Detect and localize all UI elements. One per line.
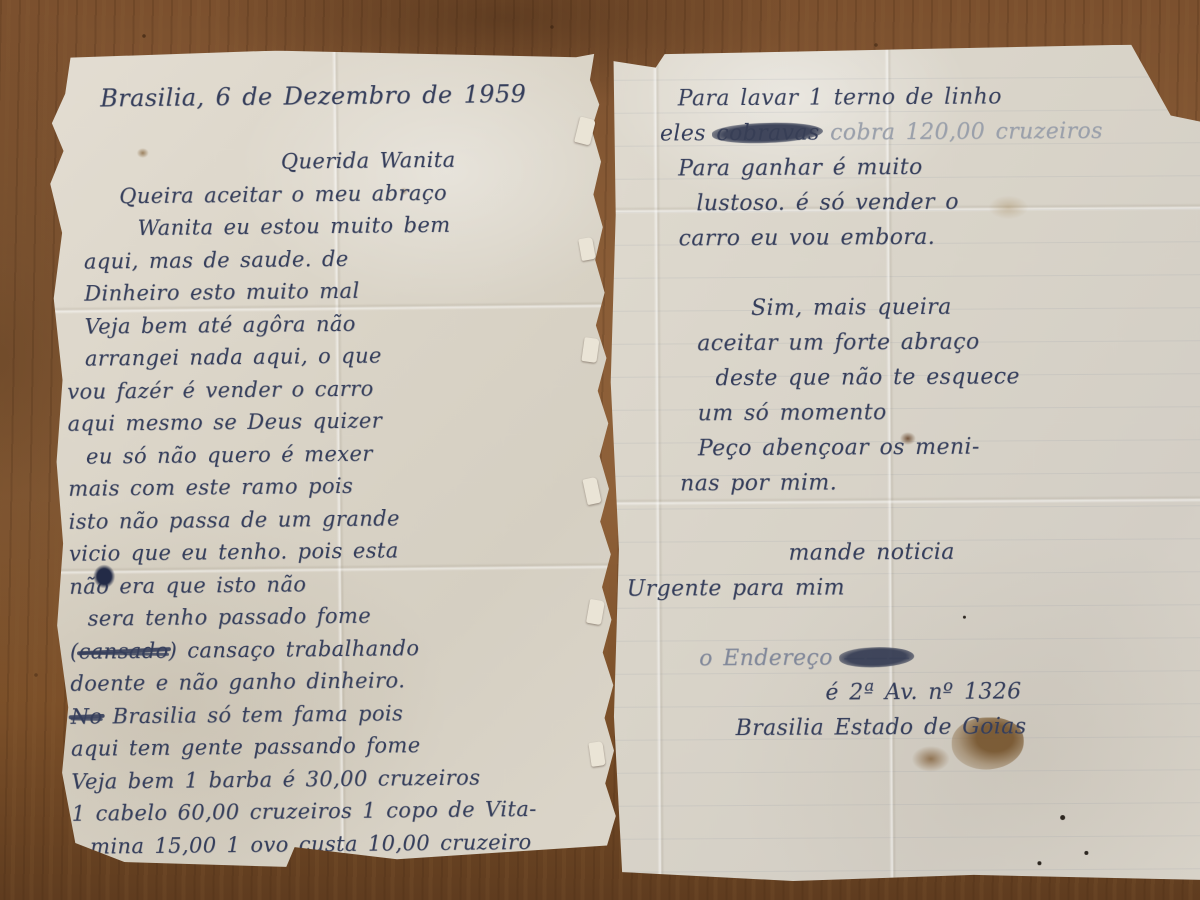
- letter-line: o Endereço ———: [627, 638, 1200, 677]
- letter-line: Brasilia, 6 de Dezembro de 1959: [64, 77, 606, 115]
- letter-line: eles cobravas cobra 120,00 cruzeiros: [624, 113, 1200, 152]
- paper-speck: [1037, 861, 1041, 865]
- letter-text-right: Para lavar 1 terno de linhoeles cobravas…: [607, 44, 1200, 747]
- scribbled-out-text: ———: [843, 645, 910, 670]
- letter-line: lustoso. é só vender o: [624, 183, 1200, 222]
- letter-line: mande noticia: [626, 533, 1200, 572]
- scribbled-out-text: cobravas: [716, 121, 819, 147]
- letter-line: Brasilia Estado de Goias: [628, 708, 1200, 747]
- letter-line: Para lavar 1 terno de linho: [624, 78, 1200, 117]
- letter-line: [627, 603, 1200, 642]
- letter-line: [625, 253, 1200, 292]
- letter-page-right: Para lavar 1 terno de linhoeles cobravas…: [607, 44, 1200, 884]
- letter-text-left: Brasilia, 6 de Dezembro de 1959Querida W…: [48, 47, 624, 863]
- letter-line: aceitar um forte abraço: [625, 323, 1200, 362]
- paper-speck: [1084, 851, 1088, 855]
- paper-stain: [912, 746, 950, 772]
- letter-line: carro eu vou embora.: [625, 218, 1200, 257]
- crossed-out-text: cansado: [78, 638, 168, 663]
- paper-speck: [1060, 815, 1065, 820]
- letter-line: deste que não te esquece: [625, 358, 1200, 397]
- crossed-out-text: No: [71, 704, 103, 728]
- letter-line: Urgente para mim: [627, 568, 1200, 607]
- letter-line: [626, 498, 1200, 537]
- letter-line: Para ganhar é muito: [624, 148, 1200, 187]
- letter-line: Sim, mais queira: [625, 288, 1200, 327]
- letter-line: é 2ª Av. nº 1326: [627, 673, 1200, 712]
- letter-line: 1 cabelo 60,00 cruzeiros 1 copo de Vita-: [72, 792, 614, 830]
- ink-blot-text: não: [69, 570, 109, 603]
- letter-line: nas por mim.: [626, 463, 1200, 502]
- letter-line: um só momento: [626, 393, 1200, 432]
- letter-line: Peço abençoar os meni-: [626, 428, 1200, 467]
- letter-page-left: Brasilia, 6 de Dezembro de 1959Querida W…: [48, 47, 625, 871]
